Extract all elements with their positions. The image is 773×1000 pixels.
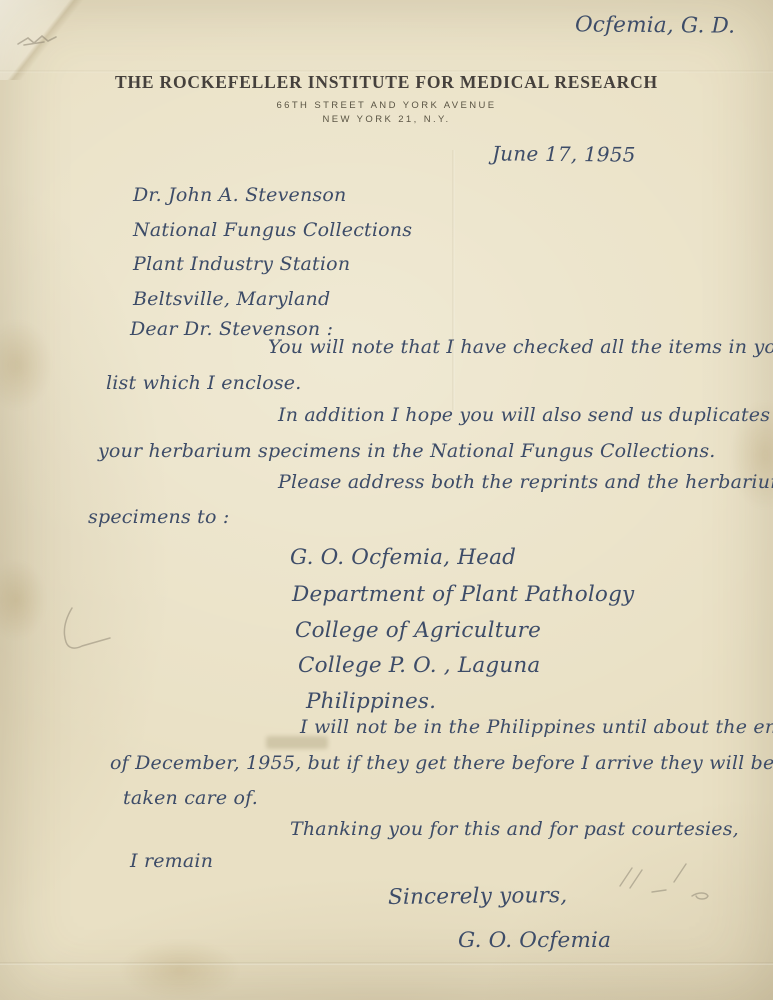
body-line: of December, 1955, but if they get there… <box>110 752 773 774</box>
body-line: In addition I hope you will also send us… <box>278 404 773 426</box>
body-line: Thanking you for this and for past court… <box>290 818 739 840</box>
letterhead: THE ROCKEFELLER INSTITUTE FOR MEDICAL RE… <box>0 72 773 125</box>
fold-line-bottom <box>0 962 773 965</box>
letterhead-institution: THE ROCKEFELLER INSTITUTE FOR MEDICAL RE… <box>0 72 773 93</box>
pencil-scribble-top-left <box>14 24 94 54</box>
filing-annotation: Ocfemia, G. D. <box>575 12 735 38</box>
stain-bottom <box>120 940 240 1000</box>
letter-page: Ocfemia, G. D. THE ROCKEFELLER INSTITUTE… <box>0 0 773 1000</box>
stain-left-upper <box>0 320 52 410</box>
stray-pen-marks <box>608 858 718 903</box>
body-line: list which I enclose. <box>106 372 302 394</box>
forwarding-address-line: College P. O. , Laguna <box>298 653 540 678</box>
signature: G. O. Ocfemia <box>458 928 611 953</box>
forwarding-address-line: Philippines. <box>306 689 436 714</box>
body-line: I remain <box>130 850 213 872</box>
recipient-line: National Fungus Collections <box>133 219 412 241</box>
letter-date: June 17, 1955 <box>492 141 636 166</box>
letterhead-street: 66TH STREET AND YORK AVENUE <box>0 100 773 111</box>
body-line: I will not be in the Philippines until a… <box>300 716 773 738</box>
stain-left-lower <box>0 560 46 640</box>
recipient-line: Dr. John A. Stevenson <box>133 184 346 206</box>
wrinkle-vertical <box>452 150 455 410</box>
letterhead-city: NEW YORK 21, N.Y. <box>0 114 773 125</box>
forwarding-address-line: G. O. Ocfemia, Head <box>290 545 516 570</box>
pencil-check-mark <box>58 600 128 660</box>
closing: Sincerely yours, <box>388 883 568 910</box>
recipient-line: Plant Industry Station <box>133 253 350 275</box>
recipient-line: Beltsville, Maryland <box>133 288 330 310</box>
body-line: taken care of. <box>123 787 258 809</box>
body-line: You will note that I have checked all th… <box>268 336 773 358</box>
body-line: your herbarium specimens in the National… <box>98 440 716 462</box>
body-line: specimens to : <box>88 506 229 528</box>
forwarding-address-line: College of Agriculture <box>295 618 541 643</box>
body-line: Please address both the reprints and the… <box>278 471 773 493</box>
forwarding-address-line: Department of Plant Pathology <box>292 582 634 607</box>
